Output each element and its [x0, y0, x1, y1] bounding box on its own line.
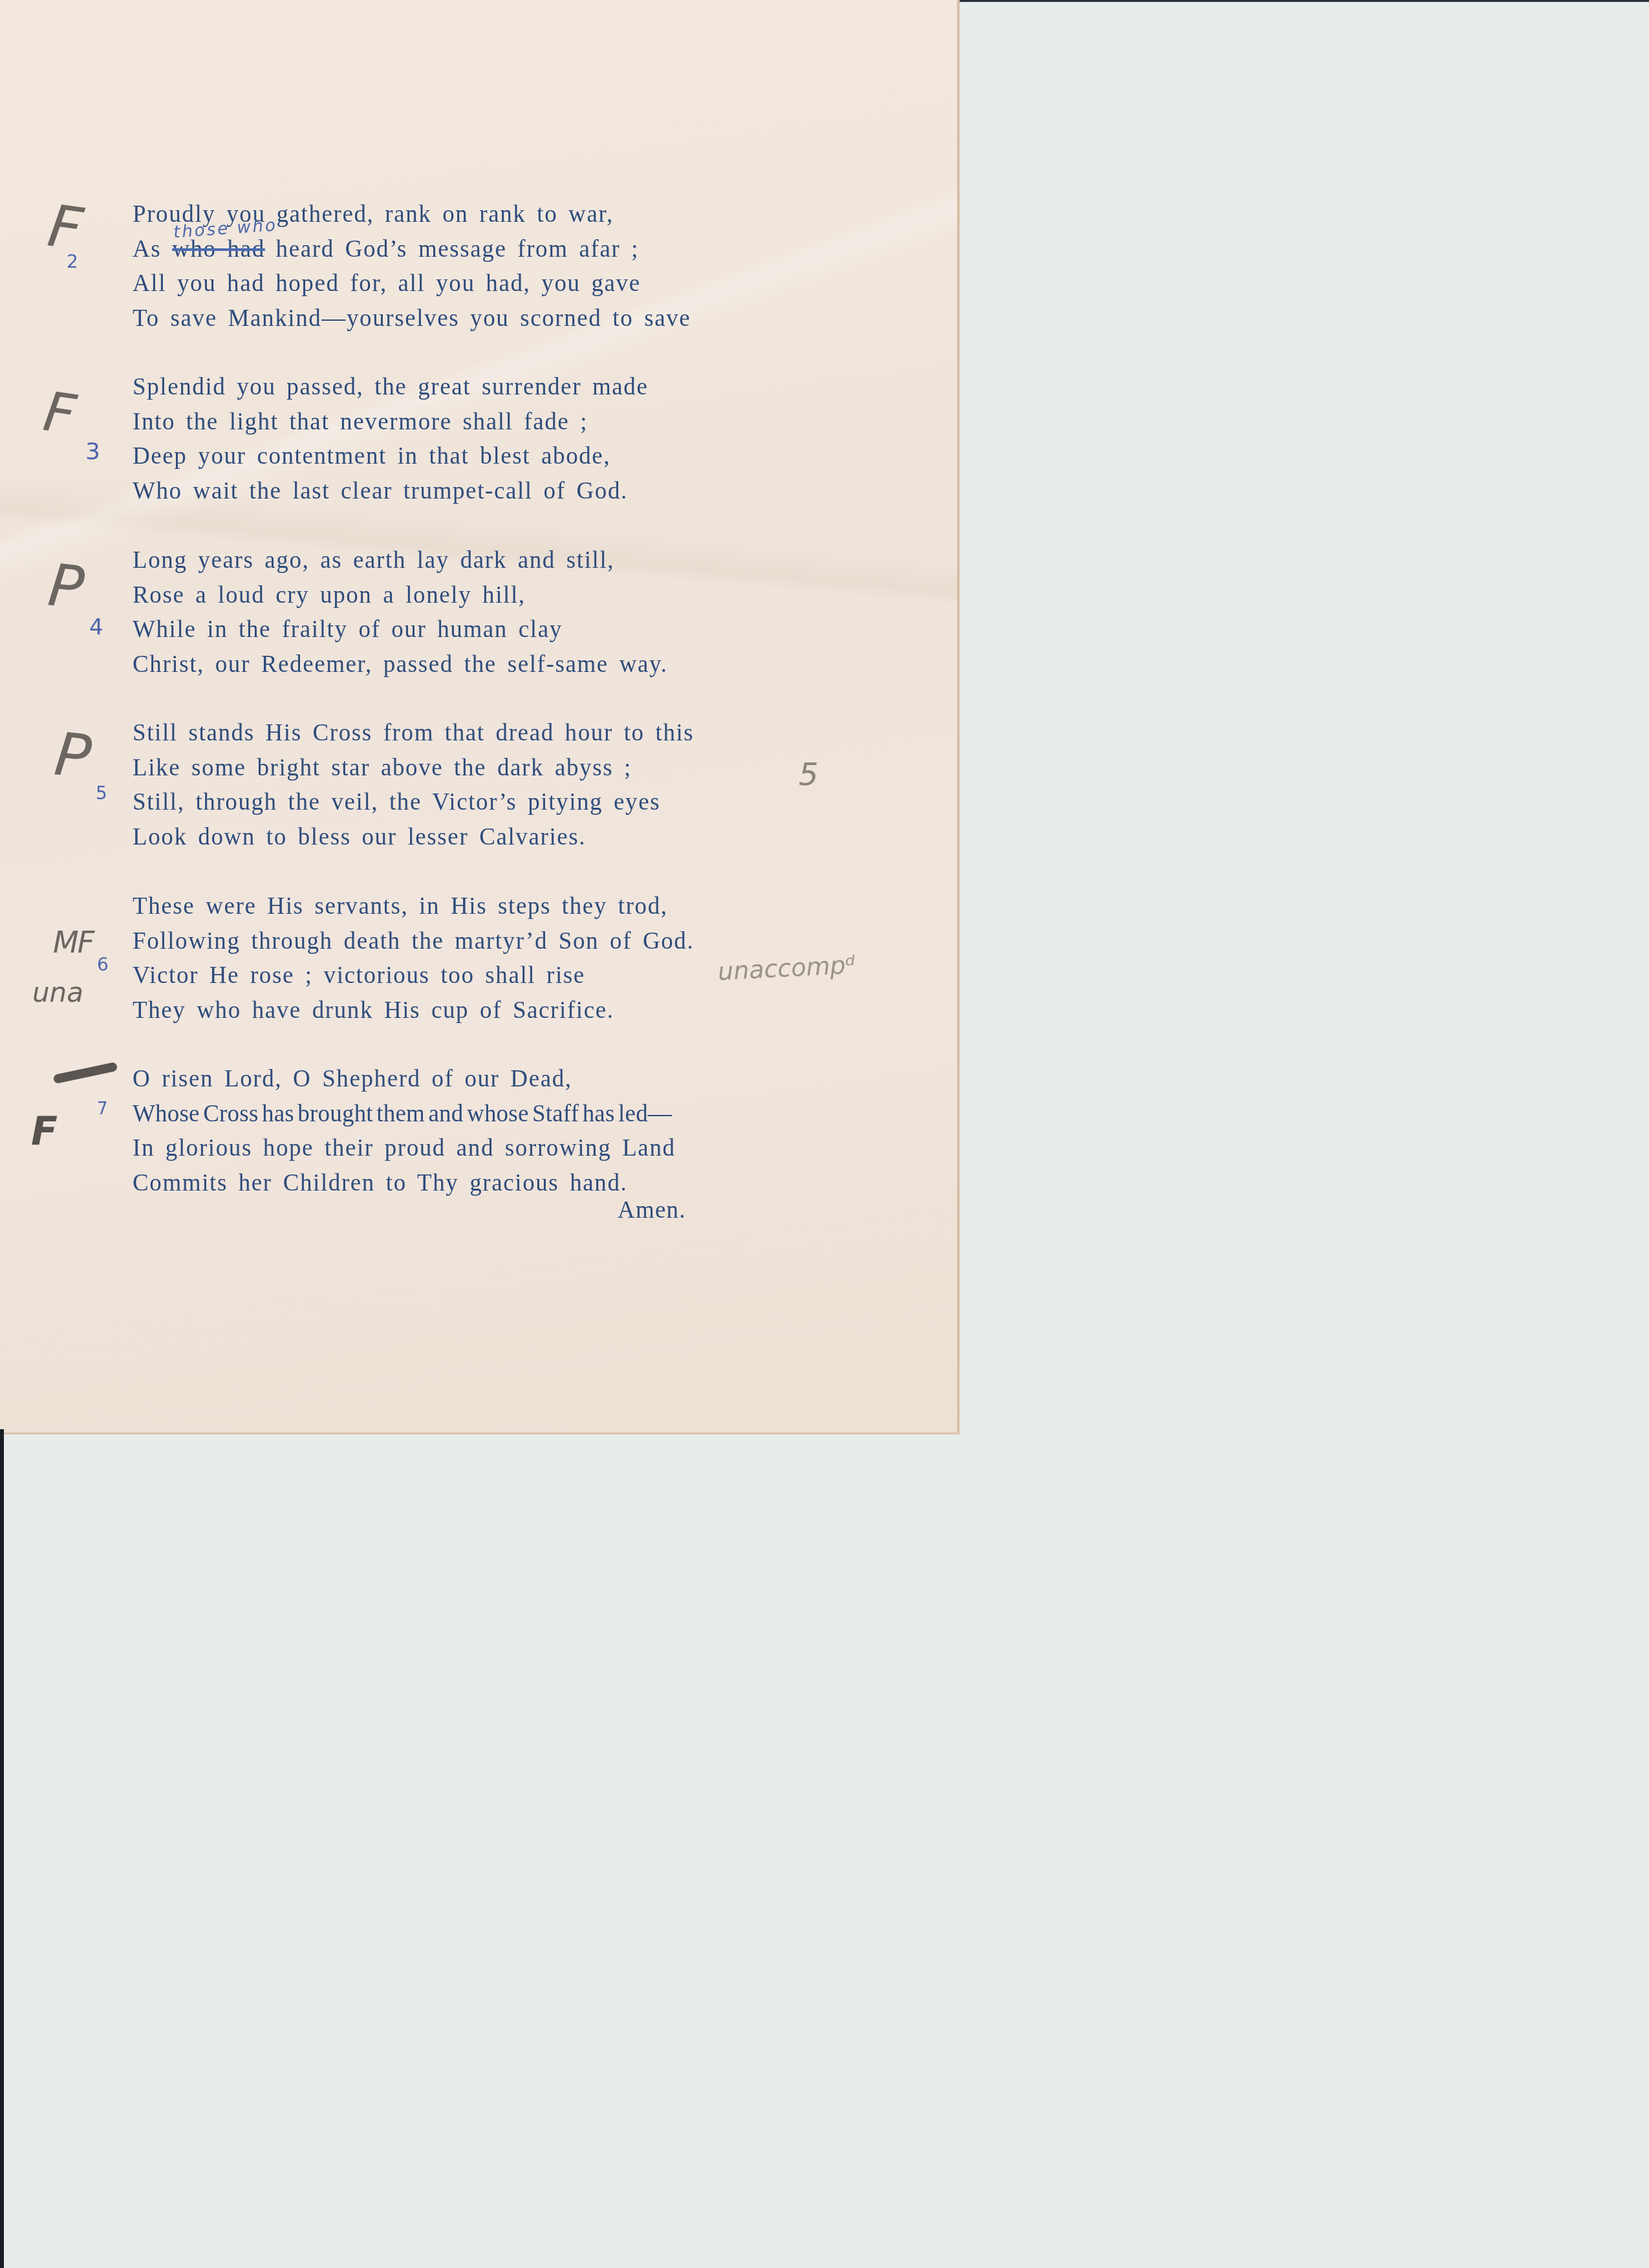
- verse-line: O risen Lord, O Shepherd of our Dead,: [133, 1062, 676, 1097]
- verse-line: Long years ago, as earth lay dark and st…: [133, 543, 668, 578]
- verse-number: 4: [89, 614, 103, 640]
- scanner-edge: [0, 1429, 4, 2268]
- verse-line: These were His servants, in His steps th…: [133, 889, 694, 924]
- hymn-sheet: Proudly you gathered, rank on rank to wa…: [0, 0, 960, 1434]
- stanza-2: Splendid you passed, the great surrender…: [133, 370, 648, 508]
- verse-line: Like some bright star above the dark aby…: [133, 751, 694, 786]
- verse-line: Still, through the veil, the Victor’s pi…: [133, 785, 694, 820]
- verse-line: While in the frailty of our human clay: [133, 612, 668, 647]
- dynamic-mark-piano: P: [45, 551, 87, 622]
- dynamic-mark-piano: P: [52, 719, 94, 792]
- verse-line: They who have drunk His cup of Sacrifice…: [133, 993, 694, 1028]
- verse-number: 3: [85, 438, 100, 465]
- verse-number: 6: [97, 954, 109, 975]
- verse-number: 7: [97, 1099, 108, 1119]
- verse-line: Still stands His Cross from that dread h…: [133, 716, 694, 751]
- dynamic-mark-forte: F: [44, 192, 87, 264]
- verse-line: Splendid you passed, the great surrender…: [133, 370, 648, 405]
- scribbled-out-mark: [53, 1062, 118, 1084]
- verse-line: Look down to bless our lesser Calvaries.: [133, 820, 694, 855]
- stanza-3: Long years ago, as earth lay dark and st…: [133, 543, 668, 682]
- line-rest: heard God’s message from afar ;: [265, 236, 639, 263]
- verse-number: 2: [67, 251, 78, 272]
- stanza-6: O risen Lord, O Shepherd of our Dead, Wh…: [133, 1062, 676, 1200]
- verse-line: Whose Cross has brought them and whose S…: [133, 1097, 676, 1132]
- verse-line: Christ, our Redeemer, passed the self-sa…: [133, 647, 668, 682]
- verse-line: Who wait the last clear trumpet-call of …: [133, 474, 648, 509]
- verse-line: In glorious hope their proud and sorrowi…: [133, 1131, 676, 1166]
- closing-amen: Amen.: [618, 1196, 686, 1224]
- verse-line: Rose a loud cry upon a lonely hill,: [133, 578, 668, 613]
- stanza-1: Proudly you gathered, rank on rank to wa…: [133, 197, 691, 336]
- verse-line: Deep your contentment in that blest abod…: [133, 439, 648, 474]
- dynamic-mark-forte: F: [39, 380, 79, 447]
- stanza-4: Still stands His Cross from that dread h…: [133, 716, 694, 854]
- line-prefix: As: [133, 236, 172, 263]
- dynamic-mark-forte: F: [31, 1109, 58, 1154]
- verse-line: Commits her Children to Thy gracious han…: [133, 1166, 676, 1201]
- margin-note-unaccompanied: una: [32, 977, 83, 1008]
- scanner-edge: [960, 0, 1649, 2]
- verse-line: Into the light that nevermore shall fade…: [133, 405, 648, 440]
- verse-number: 5: [96, 783, 107, 804]
- stanza-5: These were His servants, in His steps th…: [133, 889, 694, 1028]
- verse-line: All you had hoped for, all you had, you …: [133, 266, 691, 301]
- verse-line: Following through death the martyr’d Son…: [133, 924, 694, 959]
- side-note: 5: [799, 757, 819, 793]
- verse-line: To save Mankind—yourselves you scorned t…: [133, 301, 691, 336]
- verse-line: Victor He rose ; victorious too shall ri…: [133, 958, 694, 993]
- side-note-unaccompanied: unaccompᵈ: [717, 950, 856, 986]
- dynamic-mark-mezzoforte: MF: [53, 925, 93, 960]
